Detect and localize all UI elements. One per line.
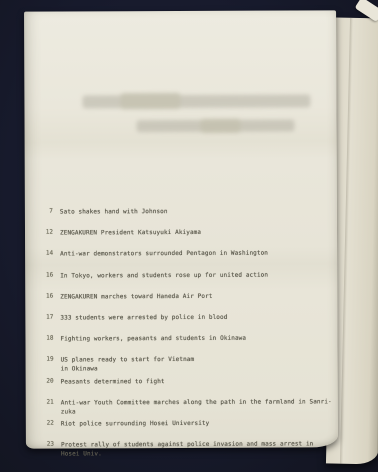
bleed-through-line	[82, 94, 310, 108]
photographed-book-spread: 7 Sato shakes hand with Johnson 12 ZENGA…	[0, 0, 378, 472]
entry-caption: Protest rally of students against police…	[61, 439, 332, 458]
entry-caption: Sato shakes hand with Johnson	[60, 206, 331, 216]
entry-caption: 333 students were arrested by police in …	[60, 312, 331, 322]
contents-entry: 17 333 students were arrested by police …	[43, 312, 331, 334]
contents-list: 7 Sato shakes hand with Johnson 12 ZENGA…	[43, 206, 332, 462]
page-number: 20	[44, 377, 54, 385]
contents-page: 7 Sato shakes hand with Johnson 12 ZENGA…	[24, 10, 338, 448]
contents-entry: 23 Protest rally of students against pol…	[44, 439, 332, 461]
contents-entry: 21 Anti-war Youth Committee marches alon…	[44, 397, 332, 419]
page-number: 7	[43, 208, 53, 216]
bleed-through-line	[201, 119, 241, 133]
contents-entry: 20 Peasants determined to fight	[44, 376, 332, 398]
entry-caption: US planes ready to start for Vietnam in …	[61, 355, 332, 374]
page-number: 23	[44, 441, 54, 449]
contents-entry: 16 ZENGAKUREN marches toward Haneda Air …	[43, 291, 331, 313]
entry-caption: Anti-war demonstrators surrounded Pentag…	[60, 249, 331, 259]
page-number: 17	[43, 313, 53, 321]
contents-entry: 22 Riot police surrounding Hosei Univers…	[44, 418, 332, 440]
page-number: 16	[43, 292, 53, 300]
page-number: 22	[44, 419, 54, 427]
page-number: 18	[43, 335, 53, 343]
entry-caption: ZENGAKUREN President Katsuyuki Akiyama	[60, 228, 331, 238]
page-number: 19	[44, 356, 54, 364]
page-number: 16	[43, 271, 53, 279]
page-number: 14	[43, 250, 53, 258]
entry-caption: Fighting workers, peasants and students …	[60, 333, 331, 343]
entry-caption: ZENGAKUREN marches toward Haneda Air Por…	[60, 291, 331, 301]
contents-entry: 18 Fighting workers, peasants and studen…	[43, 333, 331, 355]
bleed-through-line	[120, 93, 180, 109]
page-number: 21	[44, 398, 54, 406]
entry-caption: In Tokyo, workers and students rose up f…	[60, 270, 331, 280]
page-number: 12	[43, 229, 53, 237]
contents-entry: 7 Sato shakes hand with Johnson	[43, 206, 331, 228]
entry-caption: Anti-war Youth Committee marches along t…	[61, 397, 332, 416]
entry-caption: Peasants determined to fight	[61, 376, 332, 386]
contents-entry: 16 In Tokyo, workers and students rose u…	[43, 270, 331, 292]
contents-entry: 12 ZENGAKUREN President Katsuyuki Akiyam…	[43, 228, 331, 250]
page-crease	[340, 18, 353, 464]
contents-entry: 14 Anti-war demonstrators surrounded Pen…	[43, 249, 331, 271]
entry-caption: Riot police surrounding Hosei University	[61, 418, 332, 428]
contents-entry: 19 US planes ready to start for Vietnam …	[44, 355, 332, 377]
